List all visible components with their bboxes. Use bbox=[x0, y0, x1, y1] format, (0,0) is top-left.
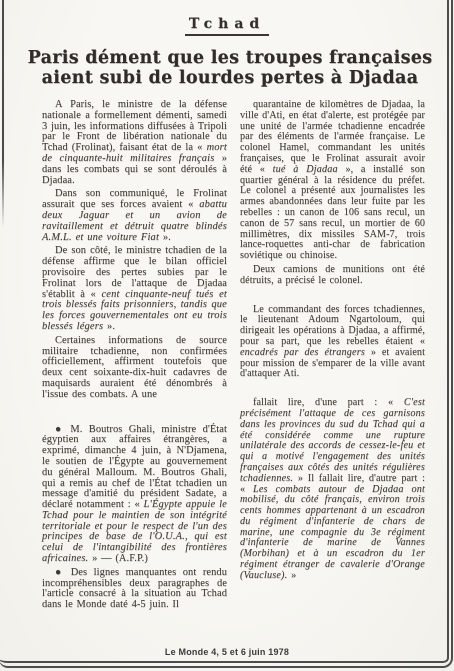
article-paragraph: ● M. Boutros Ghali, ministre d'État égyp… bbox=[42, 425, 227, 565]
article-paragraph: Deux camions de munitions ont été détrui… bbox=[240, 265, 425, 287]
article-paragraph: ● Des lignes manquantes ont rendu incomp… bbox=[42, 568, 227, 611]
scan-edge-artifact bbox=[2, 0, 4, 228]
headline: Paris dément que les troupes françaises … bbox=[24, 48, 436, 88]
section-label: Tchad bbox=[185, 16, 269, 36]
headline-line-1: Paris dément que les troupes françaises bbox=[28, 48, 433, 68]
article-paragraph: Dans son communiqué, le Frolinat assurai… bbox=[42, 189, 227, 243]
article-left-column: A Paris, le ministre de la défense natio… bbox=[42, 100, 227, 614]
article-paragraph: fallait lire, d'une part : « C'est préci… bbox=[240, 398, 425, 582]
article-right-column: quarantaine de kilomètres de Djadaa, la … bbox=[240, 100, 425, 614]
section-header: Tchad bbox=[0, 0, 454, 36]
article-body: A Paris, le ministre de la défense natio… bbox=[0, 98, 454, 614]
article-paragraph: quarantaine de kilomètres de Djadaa, la … bbox=[240, 100, 425, 262]
headline-line-2: aient subi de lourdes pertes à Djadaa bbox=[42, 68, 419, 88]
article-paragraph: De son côté, le ministre tchadien de la … bbox=[42, 246, 227, 332]
article-paragraph: Certaines informations de source militai… bbox=[42, 336, 227, 401]
newspaper-clipping: Tchad Paris dément que les troupes franç… bbox=[0, 0, 454, 671]
article-paragraph: Le commandant des forces tchadiennes, le… bbox=[240, 305, 425, 381]
newspaper-caption: Le Monde 4, 5 et 6 juin 1978 bbox=[0, 647, 454, 657]
article-paragraph: A Paris, le ministre de la défense natio… bbox=[42, 100, 227, 186]
